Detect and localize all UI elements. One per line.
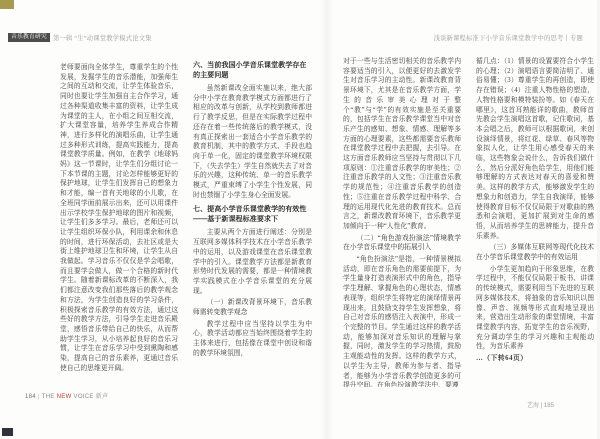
subsection-heading-1: （一）新课改背景环境下，音乐教师需转变教学观念: [193, 298, 312, 317]
continuation-note: …（下转64页）: [476, 354, 594, 364]
left-running-header: 音乐教育研究 第一辑 “生”动课堂教学模式论文集: [8, 33, 152, 42]
left-page-column-1: 老师要面向全体学生，尊重学生的个性发展，发掘学生的音乐潜能，加强师生之间的互动和…: [60, 63, 178, 385]
right-header-title: 浅谈新课程标准下小学音乐课堂教学中的思考丨专题: [434, 35, 583, 42]
right-page-column-1: 对于一些与生活密切相关的音乐教学内容要适当的引入，以便更好的去激发学生对音乐学习…: [343, 57, 461, 387]
body-paragraph: 对于一些与生活密切相关的音乐教学内容要适当的引入，以便更好的去激发学生对音乐学习…: [343, 57, 461, 232]
body-paragraph: 老师要面向全体学生，尊重学生的个性发展，发掘学生的音乐潜能，加强师生之间的互动和…: [60, 63, 178, 374]
body-paragraph: 小学生更加趋向于形象思维，在教学过程中，不能仅仅局限于板书、讲课的传统模式，需要…: [476, 265, 594, 352]
series-badge: 音乐教育研究: [8, 33, 50, 42]
left-page-column-2: 六、当前我国小学音乐课堂教学存在的主要问题 虽然新课改全面实施以来，绝大部分中小…: [193, 60, 312, 386]
footer-divider: |: [541, 403, 543, 409]
body-paragraph: 循几点：（1）情景的设置要符合小学生的心理；（2）演唱语言要简洁明了、通俗易懂；…: [476, 57, 594, 241]
subsection-heading-3: （三）多媒体互联网等现代化技术在小学音乐课堂教学中的有效运用: [476, 243, 594, 262]
body-paragraph: “角色扮演法”是指，一种情景模拟活动，即在音乐角色的需要前提下，为学生量身打造表…: [343, 255, 461, 387]
left-page-footer: 184|THE NEW VOICE 新声: [25, 391, 108, 400]
left-page-number: 184: [25, 394, 36, 400]
left-header-title: 第一辑 “生”动课堂教学模式论文集: [53, 33, 152, 42]
right-page-footer: 艺海 | 185: [527, 400, 554, 409]
body-paragraph: 教学过程中应当坚持以学生为中心，教学活动都应当始终围绕着学生的主体来进行，包括像…: [193, 320, 312, 359]
scan-mark-top: [0, 0, 14, 9]
section-heading-6: 六、当前我国小学音乐课堂教学存在的主要问题: [193, 60, 312, 80]
right-page-number: 185: [544, 403, 554, 409]
body-paragraph: 虽然新课改全面实施以来，绝大部分中小学在教育教学模式方面都进行了相应的改革与创新…: [193, 84, 312, 200]
journal-brand-rest: VOICE 新声: [74, 394, 109, 400]
section-heading-7: 七、提高小学音乐课堂教学的有效性——基于新课程标准要求下: [193, 204, 312, 224]
footer-divider: |: [38, 394, 40, 400]
right-running-header: 浅谈新课程标准下小学音乐课堂教学中的思考丨专题: [434, 33, 583, 42]
journal-brand-new: NEW: [57, 394, 72, 400]
right-page-column-2: 循几点：（1）情景的设置要符合小学生的心理；（2）演唱语言要简洁明了、通俗易懂；…: [476, 57, 594, 403]
scan-mark-bottom: [2, 428, 13, 436]
body-paragraph: 主要从两个方面进行阐述：分别是互联网多媒体科学技术在小学音乐教学中的运用，以及游…: [193, 228, 312, 296]
page-gutter: [320, 0, 334, 439]
right-footer-label: 艺海: [527, 403, 539, 409]
subsection-heading-2: （二）“角色游戏扮演法”情境教学在小学音乐课堂中的拓展引入: [343, 234, 461, 253]
journal-brand-the: THE: [42, 394, 55, 400]
